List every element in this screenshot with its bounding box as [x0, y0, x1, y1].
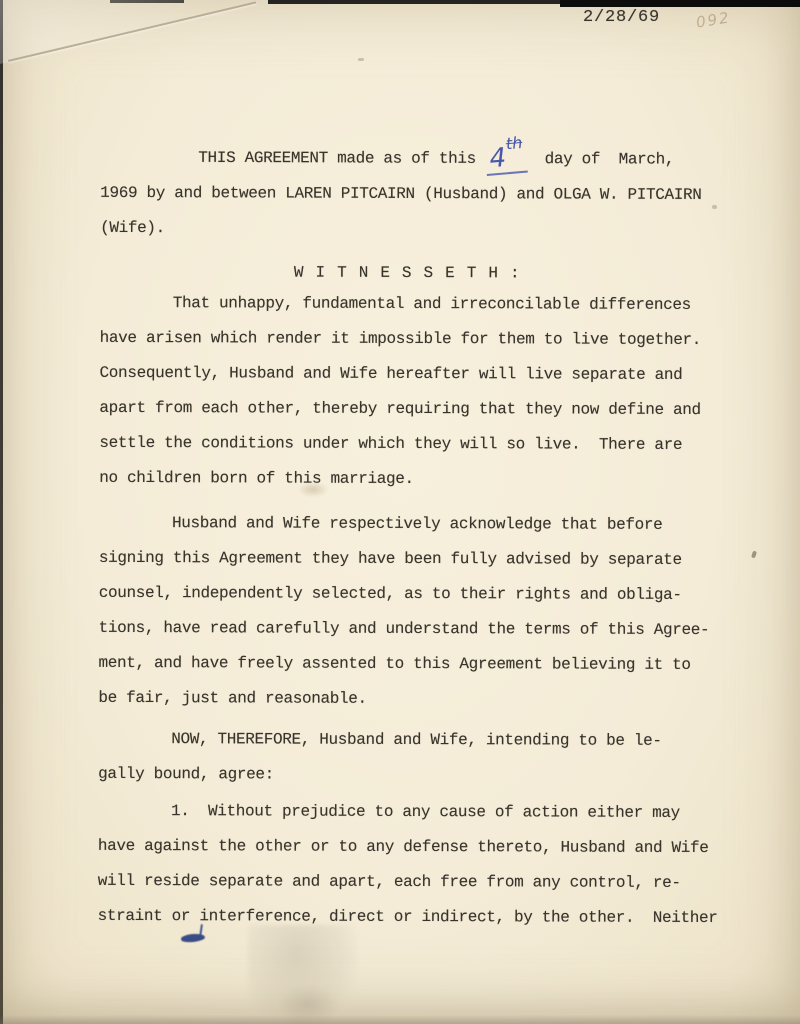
scan-edge-bottom: [0, 1015, 800, 1024]
scan-edge-left: [0, 0, 3, 1024]
paper-wrinkle-stain: [278, 985, 338, 1024]
text-line: straint or interference, direct or indir…: [98, 899, 734, 936]
text-line: 1969 by and between LAREN PITCAIRN (Husb…: [100, 176, 736, 213]
text-line: will reside separate and apart, each fre…: [98, 864, 734, 901]
handwritten-day: 4th: [484, 142, 527, 176]
text-line: be fair, just and reasonable.: [98, 681, 734, 718]
text-line: no children born of this marriage.: [99, 461, 735, 498]
paragraph-opening: THIS AGREEMENT made as of this 4th day o…: [100, 139, 736, 248]
scan-edge-top-right: [560, 0, 800, 7]
text-line: counsel, independently selected, as to t…: [99, 576, 735, 613]
text-line: ment, and have freely assented to this A…: [98, 646, 734, 683]
text-line: have against the other or to any defense…: [98, 829, 734, 866]
text-line: THIS AGREEMENT made as of this 4th day o…: [100, 139, 736, 178]
blue-ink-smudge: [181, 933, 206, 943]
text-line: apart from each other, thereby requiring…: [99, 391, 735, 428]
text-line: gally bound, agree:: [98, 757, 734, 794]
paragraph-now-therefore: NOW, THEREFORE, Husband and Wife, intend…: [98, 722, 734, 794]
text-line: (Wife).: [100, 211, 736, 248]
date-stamp: 2/28/69: [583, 8, 660, 27]
paragraph-differences: That unhappy, fundamental and irreconcil…: [99, 286, 736, 498]
line-text: THIS AGREEMENT made as of this: [198, 149, 485, 168]
text-line: signing this Agreement they have been fu…: [99, 541, 735, 578]
text-line: have arisen which render it impossible f…: [100, 321, 736, 358]
paragraph-clause-1: 1. Without prejudice to any cause of act…: [98, 794, 734, 936]
text-line: Consequently, Husband and Wife hereafter…: [100, 356, 736, 393]
agreement-text: THIS AGREEMENT made as of this 4th day o…: [98, 139, 737, 936]
paragraph-acknowledgement: Husband and Wife respectively acknowledg…: [98, 506, 735, 718]
text-line: NOW, THEREFORE, Husband and Wife, intend…: [98, 722, 734, 759]
pencil-mark: 092: [695, 8, 732, 31]
handwritten-day-number: 4: [488, 143, 507, 174]
scan-edge-top: [268, 0, 568, 4]
paper-speck: [751, 551, 757, 559]
text-line: tions, have read carefully and understan…: [99, 611, 735, 648]
paper-speck: [358, 58, 364, 61]
text-line: Husband and Wife respectively acknowledg…: [99, 506, 735, 543]
handwritten-day-ordinal: th: [505, 133, 523, 153]
text-line: settle the conditions under which they w…: [99, 426, 735, 463]
scanned-document-page: 2/28/69 092 THIS AGREEMENT made as of th…: [0, 0, 800, 1024]
text-line: 1. Without prejudice to any cause of act…: [98, 794, 734, 831]
text-line: That unhappy, fundamental and irreconcil…: [100, 286, 736, 323]
line-text: day of March,: [526, 150, 674, 169]
